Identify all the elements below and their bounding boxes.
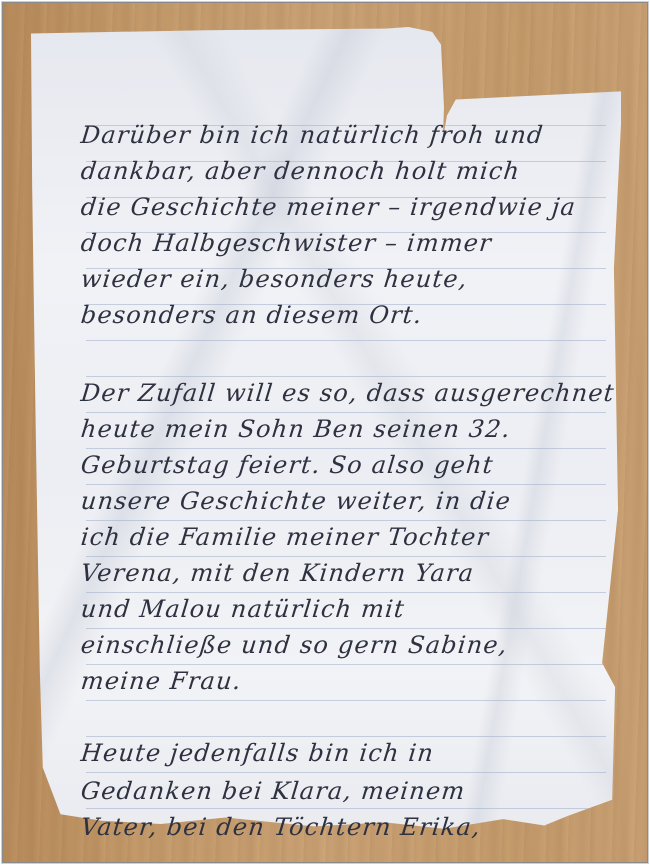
ruled-line [86,484,606,485]
letter-line: Der Zufall will es so, dass ausgerechnet [80,379,617,407]
ruled-line [86,808,606,809]
letter-line: ich die Familie meiner Tochter [80,523,491,551]
letter-line: einschließe und so gern Sabine, [80,631,510,659]
ruled-line [86,376,606,377]
letter-line: heute mein Sohn Ben seinen 32. [80,415,513,443]
letter-line: Gedanken bei Klara, meinem [80,777,467,805]
letter-line: wieder ein, besonders heute, [80,265,470,293]
letter-line: Heute jedenfalls bin ich in [80,739,436,767]
ruled-line [86,448,606,449]
ruled-line [86,736,606,737]
letter-line: besonders an diesem Ort. [80,301,424,329]
letter-line: Geburtstag feiert. So also geht [80,451,496,479]
letter-line: Verena, mit den Kindern Yara [80,559,476,587]
ruled-line [86,700,606,701]
letter-line: die Geschichte meiner – irgendwie ja [80,193,578,221]
ruled-line [86,628,606,629]
letter-line: unsere Geschichte weiter, in die [80,487,513,515]
letter-line: meine Frau. [80,667,244,695]
letter-line: dankbar, aber dennoch holt mich [80,157,522,185]
ruled-line [86,412,606,413]
letter-line: Vater, bei den Töchtern Erika, [80,813,483,841]
letter-line: Darüber bin ich natürlich froh und [80,121,546,149]
ruled-line [86,592,606,593]
photo-frame: Darüber bin ich natürlich froh und dankb… [2,2,648,863]
ruled-line [86,772,606,773]
ruled-line [86,520,606,521]
letter-line: und Malou natürlich mit [80,595,407,623]
ruled-line [86,556,606,557]
ruled-line [86,664,606,665]
ruled-line [86,340,606,341]
letter-line: doch Halbgeschwister – immer [80,229,494,257]
